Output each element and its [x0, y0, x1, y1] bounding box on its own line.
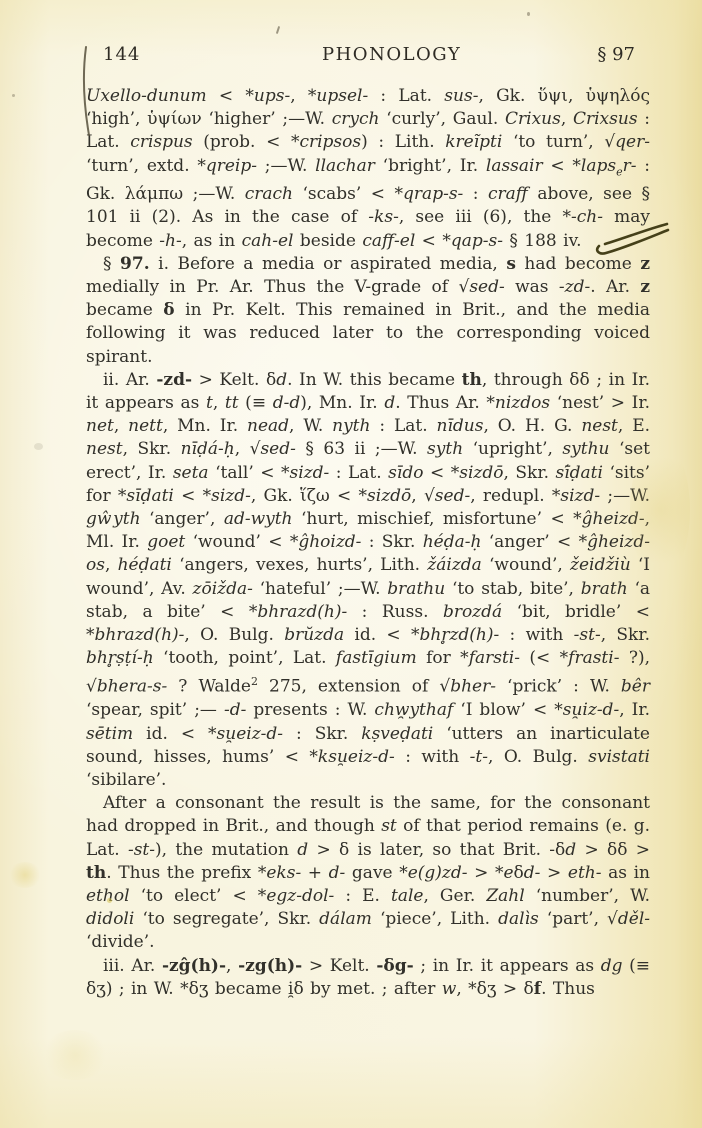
- paper-stain: [40, 1030, 110, 1080]
- paper-stain: [8, 862, 42, 888]
- paragraph-section-97-ii: ii. Ar. -zd- > Kelt. δd. In W. this beca…: [86, 369, 650, 792]
- ink-speck: [107, 898, 112, 903]
- paragraph-section-97-i: § 97. i. Before a media or aspirated med…: [86, 253, 650, 369]
- ink-speck: [276, 26, 280, 34]
- paragraph-section-97-iii: iii. Ar. -zĝ(h)-, -zg(h)- > Kelt. -δg- ;…: [86, 955, 650, 1001]
- page-header: 144 PHONOLOGY § 97: [86, 44, 650, 68]
- scanned-book-page: 144 PHONOLOGY § 97 Uxello-dunum < *ups-,…: [0, 0, 702, 1128]
- section-reference: § 97: [597, 44, 635, 65]
- paper-stain: [630, 440, 690, 580]
- page-body-text: Uxello-dunum < *ups-, *upsel- : Lat. sus…: [86, 85, 650, 1001]
- ink-speck: [12, 94, 15, 97]
- page-number: 144: [103, 44, 140, 65]
- page-title: PHONOLOGY: [322, 44, 461, 65]
- ink-speck: [527, 12, 530, 16]
- ink-speck: [34, 443, 43, 450]
- paragraph-after-consonant: After a consonant the result is the same…: [86, 792, 650, 954]
- paragraph-continuation: Uxello-dunum < *ups-, *upsel- : Lat. sus…: [86, 85, 650, 253]
